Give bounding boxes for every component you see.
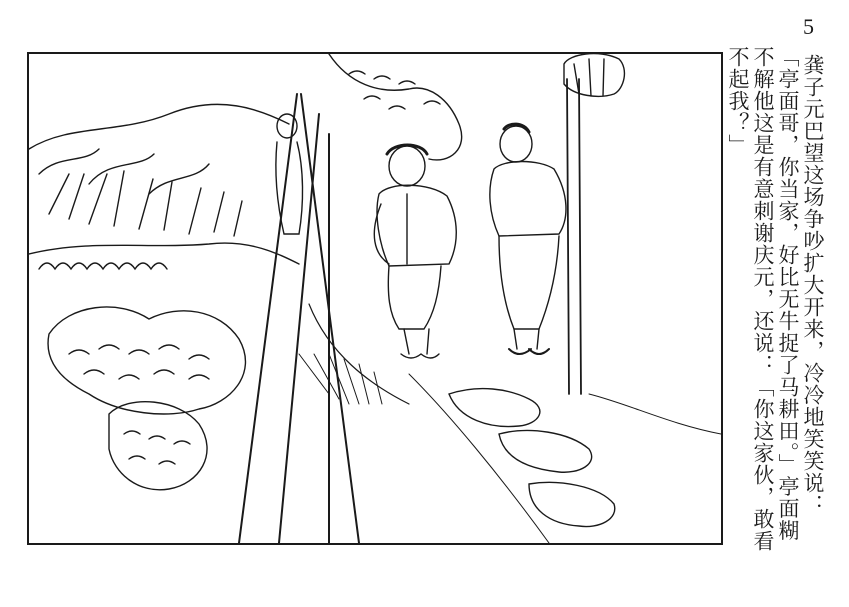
- caption-column: 不解他这是有意刺谢庆元，还说：「你这家伙，敢看: [750, 46, 775, 556]
- pole-tripod: [239, 94, 409, 543]
- illustration-frame: [27, 52, 723, 545]
- man-facing-viewer: [374, 145, 456, 358]
- bushes: [29, 54, 462, 490]
- caption-column: 不起我？」: [725, 46, 750, 556]
- page-number: 5: [803, 14, 814, 40]
- wooden-post: [564, 54, 624, 394]
- caption-column: 「亭面哥，你当家，好比无牛捉了马耕田。」亭面糊: [775, 46, 800, 556]
- distant-figure: [276, 114, 303, 234]
- caption: 龚子元巴望这场争吵扩大开来，冷冷地笑笑说： 「亭面哥，你当家，好比无牛捉了马耕田…: [725, 46, 825, 556]
- man-facing-away: [490, 124, 566, 354]
- stone-path: [409, 374, 721, 543]
- caption-column: 龚子元巴望这场争吵扩大开来，冷冷地笑笑说：: [800, 46, 825, 556]
- illustration: [29, 54, 721, 543]
